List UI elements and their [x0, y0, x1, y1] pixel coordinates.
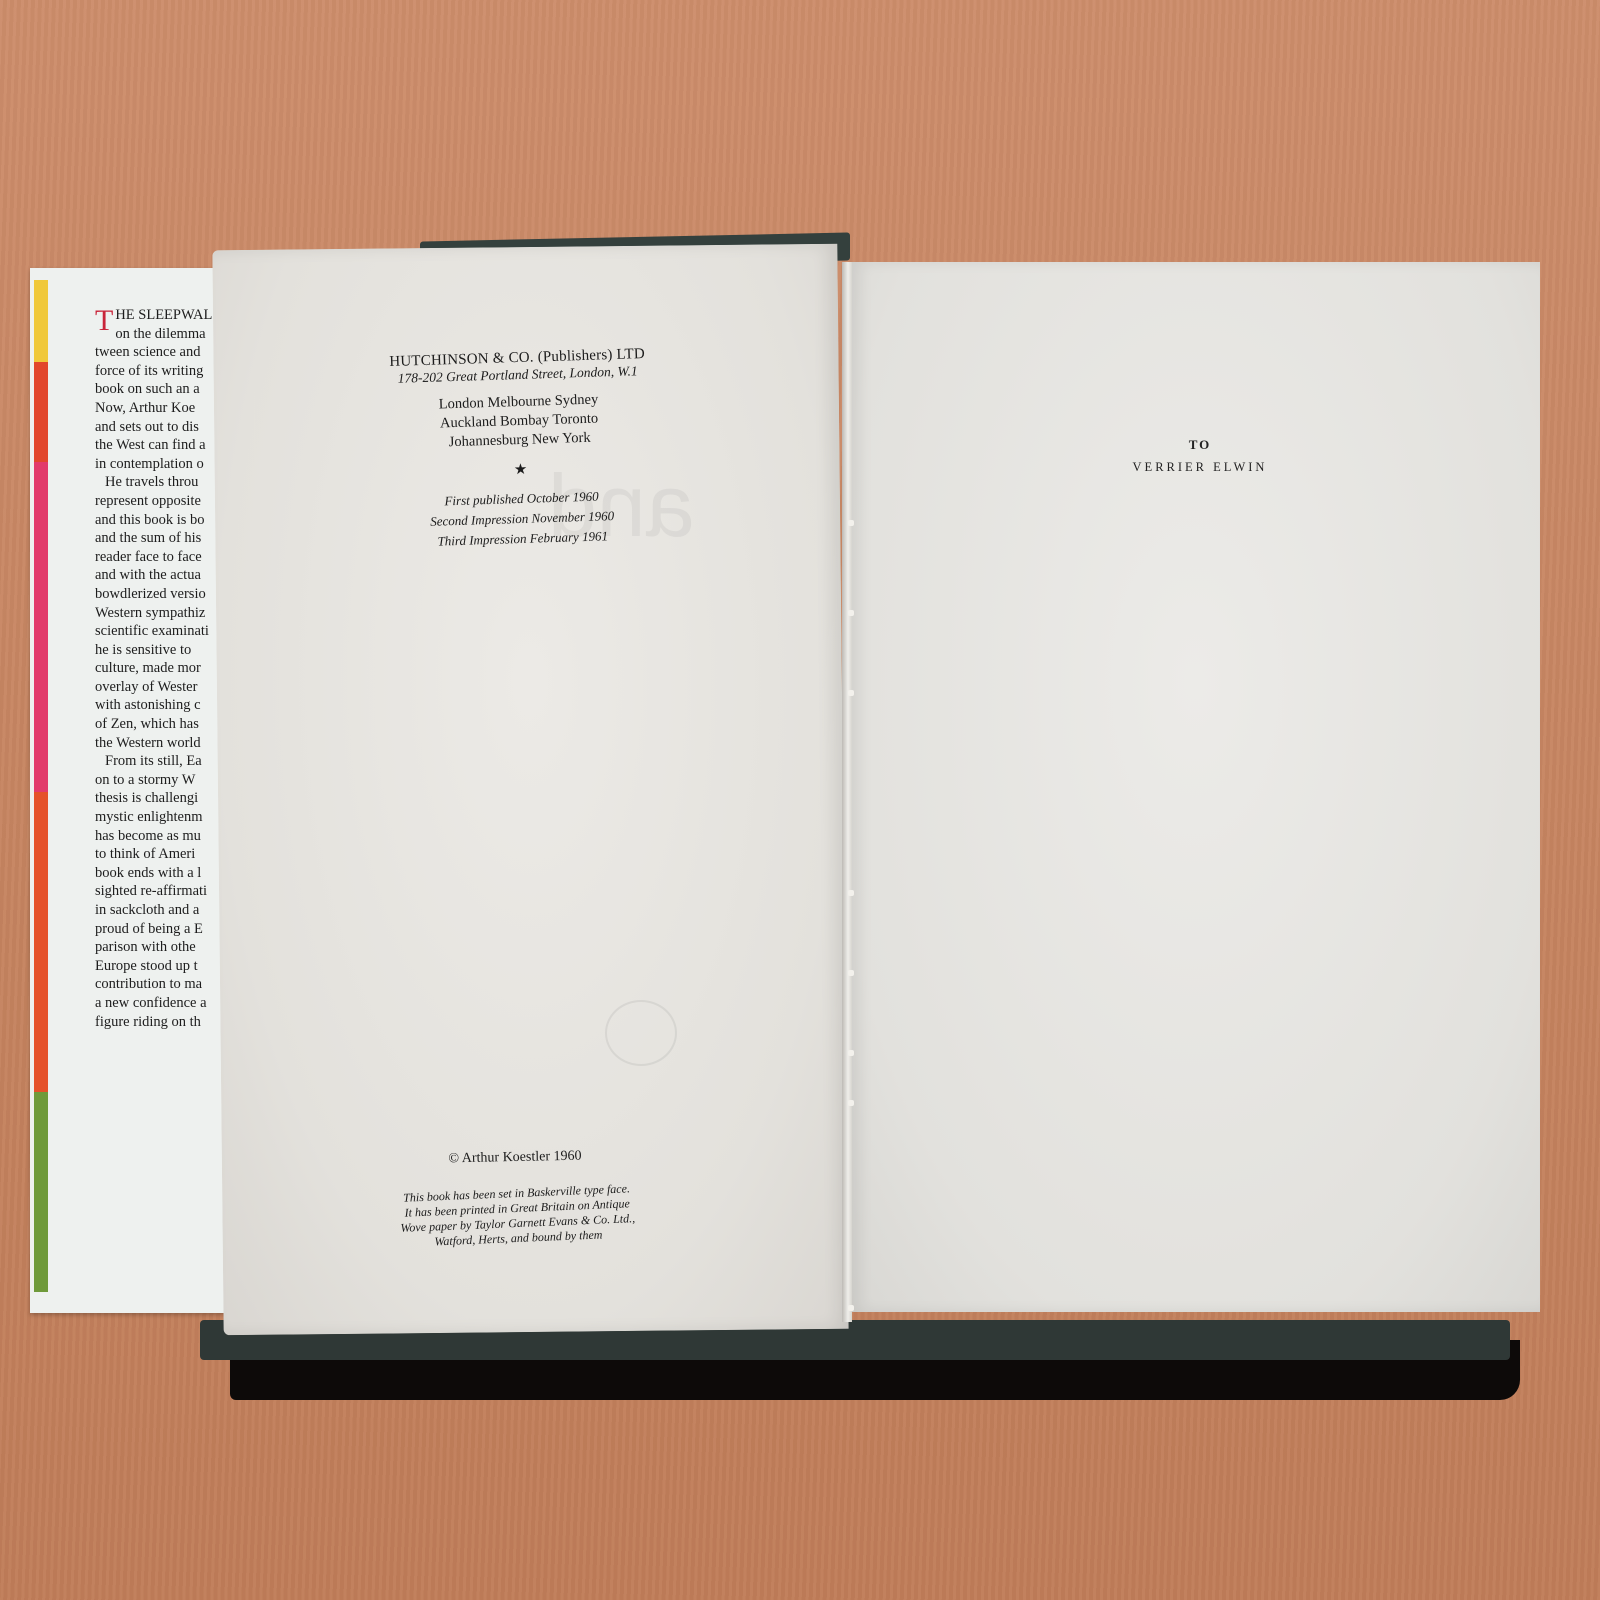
jacket-text-line: a new confidence a [95, 994, 220, 1013]
jacket-text-line: to think of Ameri [95, 845, 220, 864]
jacket-text-line: on to a stormy W [95, 771, 220, 790]
jacket-text-line: and the sum of his [95, 529, 220, 548]
jacket-text-line: with astonishing c [95, 696, 220, 715]
right-page [850, 262, 1540, 1312]
jacket-text-line: thesis is challengi [95, 789, 220, 808]
binding-stitch [848, 610, 854, 616]
jacket-text-line: overlay of Wester [95, 678, 220, 697]
binding-stitch [848, 520, 854, 526]
jacket-text-line: bowdlerized versio [95, 585, 220, 604]
jacket-text-line: parison with othe [95, 938, 220, 957]
jacket-text-line: HE SLEEPWAL [95, 306, 220, 325]
dedication-name: VERRIER ELWIN [1040, 460, 1360, 475]
binding-stitch [848, 1050, 854, 1056]
dedication-to: TO [1040, 437, 1360, 453]
jacket-text-line: Now, Arthur Koe [95, 399, 220, 418]
jacket-text-line: and with the actua [95, 566, 220, 585]
jacket-stripe-yellow [34, 280, 48, 362]
jacket-text-line: force of its writing [95, 362, 220, 381]
jacket-text-line: of Zen, which has [95, 715, 220, 734]
jacket-text-line: He travels throu [95, 473, 220, 492]
jacket-stripe-green [34, 1092, 48, 1292]
jacket-text-line: he is sensitive to [95, 641, 220, 660]
jacket-text-line: tween science and [95, 343, 220, 362]
jacket-text-line: scientific examinati [95, 622, 220, 641]
jacket-text-line: From its still, Ea [95, 752, 220, 771]
jacket-text-line: the Western world [95, 734, 220, 753]
jacket-text-line: has become as mu [95, 827, 220, 846]
binding-stitch [848, 690, 854, 696]
jacket-text-line: and this book is bo [95, 511, 220, 530]
colophon: This book has been set in Baskerville ty… [384, 1180, 651, 1251]
jacket-text-line: sighted re-affirmati [95, 882, 220, 901]
jacket-text-line: mystic enlightenm [95, 808, 220, 827]
jacket-text-line: contribution to ma [95, 975, 220, 994]
jacket-text-line: the West can find a [95, 436, 220, 455]
jacket-text-line: reader face to face [95, 548, 220, 567]
jacket-text-line: Europe stood up t [95, 957, 220, 976]
jacket-stripe-red [34, 362, 48, 462]
jacket-text-line: in sackcloth and a [95, 901, 220, 920]
book-gutter [842, 262, 852, 1322]
jacket-text-line: Western sympathiz [95, 604, 220, 623]
jacket-text-line: book on such an a [95, 380, 220, 399]
jacket-text-line: book ends with a l [95, 864, 220, 883]
jacket-stripe-orange [34, 792, 48, 1092]
jacket-text-line: and sets out to dis [95, 418, 220, 437]
jacket-text-line: on the dilemma [95, 325, 220, 344]
jacket-stripe-pink [34, 462, 48, 792]
binding-stitch [848, 1305, 854, 1311]
jacket-text-line: represent opposite [95, 492, 220, 511]
jacket-blurb: T HE SLEEPWALon the dilemmatween science… [95, 306, 220, 1031]
binding-stitch [848, 970, 854, 976]
star-ornament-icon: ★ [380, 456, 660, 484]
jacket-text-line: culture, made mor [95, 659, 220, 678]
publisher-imprint: HUTCHINSON & CO. (Publishers) LTD 178-20… [377, 346, 663, 554]
faint-emblem [605, 1000, 677, 1066]
binding-stitch [848, 890, 854, 896]
jacket-text-line: proud of being a E [95, 920, 220, 939]
dedication: TO VERRIER ELWIN [1040, 437, 1360, 475]
jacket-dropcap: T [95, 306, 113, 336]
jacket-text-line: in contemplation o [95, 455, 220, 474]
binding-stitch [848, 1100, 854, 1106]
jacket-text-line: figure riding on th [95, 1013, 220, 1032]
